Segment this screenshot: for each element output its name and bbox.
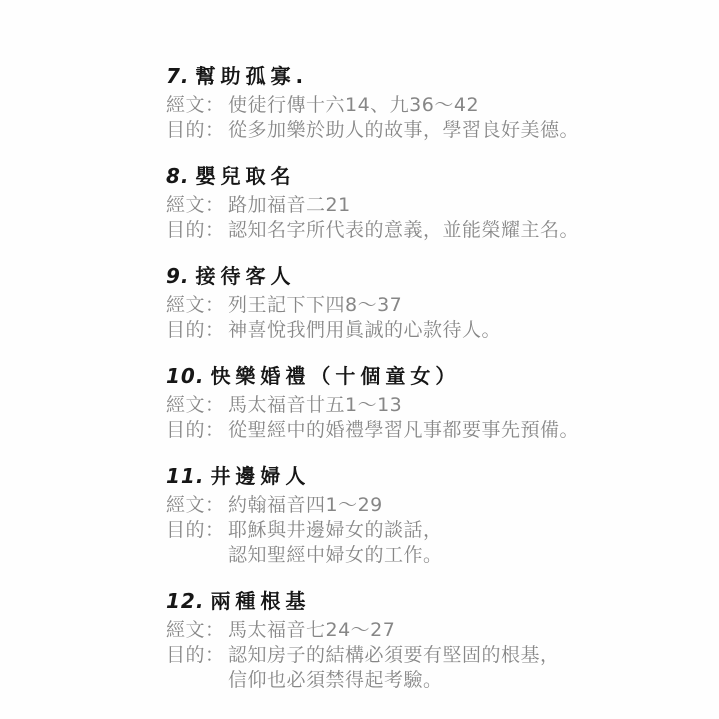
scripture-label: 經文： [166,293,228,318]
purpose-label: 目的： [166,518,228,543]
lesson-title: 快樂婚禮（十個童女） [210,364,460,389]
lesson-item-11: 11. 井邊婦人 經文： 約翰福音四1～29 目的： 耶穌與井邊婦女的談話， 認… [166,464,679,568]
lesson-number: 10. [166,364,204,389]
scripture-label: 經文： [166,93,228,118]
purpose-label: 目的： [166,318,228,343]
scripture-label: 經文： [166,393,228,418]
scripture-label: 經文： [166,193,228,218]
purpose-value: 神喜悅我們用眞誠的心款待人。 [228,318,501,343]
purpose-line: 目的： 從多加樂於助人的故事，學習良好美德。 [166,118,679,143]
lesson-item-9: 9. 接待客人 經文： 列王記下下四8～37 目的： 神喜悅我們用眞誠的心款待人… [166,264,679,343]
lesson-item-12: 12. 兩種根基 經文： 馬太福音七24～27 目的： 認知房子的結構必須要有堅… [166,589,679,693]
lesson-heading: 11. 井邊婦人 [166,464,679,489]
purpose-value: 從聖經中的婚禮學習凡事都要事先預備。 [228,418,579,443]
scripture-line: 經文： 使徒行傳十六14、九36～42 [166,93,679,118]
scripture-line: 經文： 約翰福音四1～29 [166,493,679,518]
purpose-line: 目的： 耶穌與井邊婦女的談話， 認知聖經中婦女的工作。 [166,518,679,568]
purpose-label: 目的： [166,118,228,143]
lesson-heading: 12. 兩種根基 [166,589,679,614]
scripture-value: 馬太福音廿五1～13 [228,393,402,418]
scripture-label: 經文： [166,618,228,643]
scripture-label: 經文： [166,493,228,518]
lesson-number: 11. [166,464,204,489]
lesson-title: 井邊婦人 [210,464,310,489]
purpose-value: 認知房子的結構必須要有堅固的根基， 信仰也必須禁得起考驗。 [228,643,560,693]
lesson-heading: 7. 幫助孤寡. [166,64,679,89]
purpose-label: 目的： [166,218,228,243]
scripture-value: 路加福音二21 [228,193,351,218]
purpose-label: 目的： [166,418,228,443]
scripture-line: 經文： 馬太福音七24～27 [166,618,679,643]
document-page: 7. 幫助孤寡. 經文： 使徒行傳十六14、九36～42 目的： 從多加樂於助人… [0,0,719,719]
lesson-number: 9. [166,264,190,289]
lesson-heading: 10. 快樂婚禮（十個童女） [166,364,679,389]
scripture-line: 經文： 列王記下下四8～37 [166,293,679,318]
purpose-value: 認知名字所代表的意義，並能榮耀主名。 [228,218,579,243]
purpose-line: 目的： 認知房子的結構必須要有堅固的根基， 信仰也必須禁得起考驗。 [166,643,679,693]
purpose-line: 目的： 從聖經中的婚禮學習凡事都要事先預備。 [166,418,679,443]
scripture-line: 經文： 路加福音二21 [166,193,679,218]
lesson-title: 嬰兒取名 [196,164,296,189]
lesson-heading: 8. 嬰兒取名 [166,164,679,189]
purpose-label: 目的： [166,643,228,668]
lesson-title: 幫助孤寡. [196,64,309,89]
lesson-number: 7. [166,64,190,89]
scripture-value: 約翰福音四1～29 [228,493,383,518]
scripture-value: 使徒行傳十六14、九36～42 [228,93,479,118]
lesson-title: 接待客人 [196,264,296,289]
scripture-value: 馬太福音七24～27 [228,618,395,643]
purpose-value: 耶穌與井邊婦女的談話， 認知聖經中婦女的工作。 [228,518,443,568]
lesson-title: 兩種根基 [210,589,310,614]
lesson-item-7: 7. 幫助孤寡. 經文： 使徒行傳十六14、九36～42 目的： 從多加樂於助人… [166,64,679,143]
purpose-line: 目的： 神喜悅我們用眞誠的心款待人。 [166,318,679,343]
lesson-item-8: 8. 嬰兒取名 經文： 路加福音二21 目的： 認知名字所代表的意義，並能榮耀主… [166,164,679,243]
scripture-line: 經文： 馬太福音廿五1～13 [166,393,679,418]
lesson-item-10: 10. 快樂婚禮（十個童女） 經文： 馬太福音廿五1～13 目的： 從聖經中的婚… [166,364,679,443]
lesson-heading: 9. 接待客人 [166,264,679,289]
scripture-value: 列王記下下四8～37 [228,293,402,318]
purpose-value: 從多加樂於助人的故事，學習良好美德。 [228,118,579,143]
lesson-number: 8. [166,164,190,189]
lesson-number: 12. [166,589,204,614]
purpose-line: 目的： 認知名字所代表的意義，並能榮耀主名。 [166,218,679,243]
